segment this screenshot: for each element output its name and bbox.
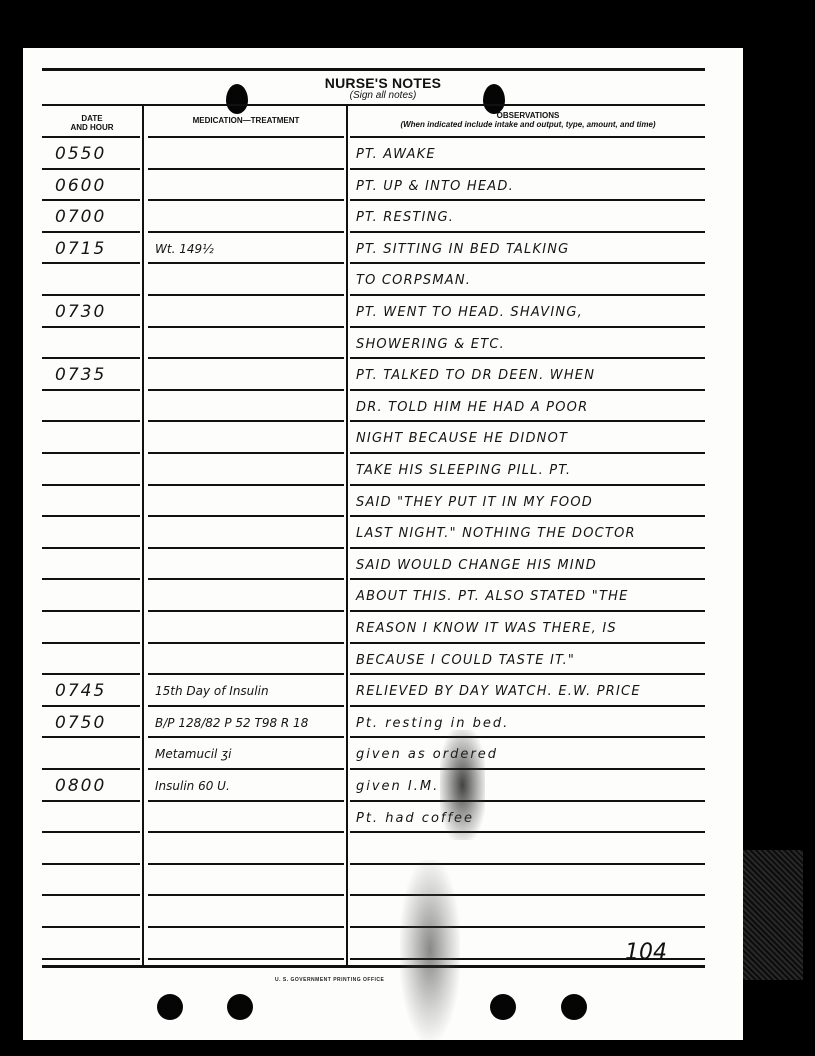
observation-cell: Pt. resting. [356,210,454,225]
form-page [23,48,743,1040]
row-rule [148,231,344,233]
row-rule [148,452,344,454]
row-rule [350,420,705,422]
observation-cell: given I.M. [356,779,439,794]
row-rule [148,768,344,770]
row-rule [350,294,705,296]
medication-cell: 15th Day of Insulin [155,684,269,698]
row-rule [148,894,344,896]
date-hour-cell: 0550 [55,144,106,164]
row-rule [148,673,344,675]
page-number: 104 [625,940,667,965]
punch-hole [157,994,183,1020]
row-rule [42,642,140,644]
observation-cell: take his sleeping pill. Pt. [356,463,571,478]
row-rule [42,831,140,833]
observation-cell: showering & etc. [356,337,505,352]
row-rule [350,800,705,802]
row-rule [148,800,344,802]
row-rule [42,863,140,865]
row-rule [42,231,140,233]
row-rule [350,610,705,612]
row-rule [42,136,140,138]
observation-cell: last night." Nothing the doctor [356,526,636,541]
ink-smudge [440,730,485,840]
observation-cell: to corpsman. [356,273,471,288]
row-rule [148,705,344,707]
top-rule [42,68,705,71]
observations-header-title: OBSERVATIONS [348,111,708,120]
row-rule [42,894,140,896]
row-rule [148,484,344,486]
observation-cell: about this. Pt. also stated "The [356,589,629,604]
row-rule [42,357,140,359]
column-divider [142,104,144,967]
row-rule [148,326,344,328]
medication-cell: B/P 128/82 P 52 T98 R 18 [155,716,308,730]
row-rule [148,262,344,264]
row-rule [350,136,705,138]
scan-smudge [400,860,460,1040]
medication-cell: Metamucil ʒi [155,747,231,761]
column-divider [346,104,348,967]
row-rule [350,452,705,454]
row-rule [148,578,344,580]
printer-footer: U. S. GOVERNMENT PRINTING OFFICE [275,977,384,983]
observation-cell: Pt. sitting in bed talking [356,242,569,257]
row-rule [350,768,705,770]
row-rule [148,831,344,833]
row-rule [42,420,140,422]
row-rule [350,484,705,486]
observation-cell: Relieved by day watch. E.W. Price [356,684,641,699]
row-rule [148,736,344,738]
row-rule [350,357,705,359]
row-rule [42,199,140,201]
row-rule [148,389,344,391]
row-rule [350,642,705,644]
row-rule [42,673,140,675]
row-rule [42,736,140,738]
row-rule [148,515,344,517]
row-rule [148,642,344,644]
date-hour-cell: 0750 [55,713,106,733]
row-rule [148,420,344,422]
observation-cell: night because he didnot [356,431,568,446]
row-rule [42,578,140,580]
row-rule [42,168,140,170]
row-rule [42,768,140,770]
date-hour-cell: 0715 [55,239,106,259]
row-rule [350,736,705,738]
row-rule [42,610,140,612]
row-rule [350,705,705,707]
row-rule [42,262,140,264]
row-rule [42,547,140,549]
scan-edge-noise [743,850,803,980]
row-rule [148,136,344,138]
row-rule [42,958,140,960]
date-hour-cell: 0600 [55,176,106,196]
row-rule [42,452,140,454]
row-rule [350,831,705,833]
row-rule [148,863,344,865]
row-rule [148,547,344,549]
observations-header-note: (When indicated include intake and outpu… [348,120,708,129]
row-rule [148,294,344,296]
row-rule [350,326,705,328]
row-rule [350,231,705,233]
date-hour-cell: 0800 [55,776,106,796]
date-hour-cell: 0700 [55,207,106,227]
date-header-line1: DATE [42,114,142,123]
row-rule [350,673,705,675]
bottom-rule [42,965,705,968]
row-rule [350,262,705,264]
row-rule [42,294,140,296]
form-title: NURSE'S NOTES [23,75,743,91]
row-rule [350,168,705,170]
date-column-header: DATE AND HOUR [42,114,142,132]
row-rule [42,389,140,391]
date-hour-cell: 0745 [55,681,106,701]
row-rule [42,800,140,802]
row-rule [148,357,344,359]
observation-cell: Pt. went to head. Shaving, [356,305,583,320]
row-rule [148,926,344,928]
medication-cell: Wt. 149½ [155,242,214,256]
observations-column-header: OBSERVATIONS (When indicated include int… [348,111,708,129]
observation-cell: Dr. told him he had a poor [356,400,588,415]
medication-cell: Insulin 60 U. [155,779,230,793]
row-rule [42,926,140,928]
observation-cell: said would change his mind [356,558,597,573]
observation-cell: reason I know it was there, is [356,621,617,636]
row-rule [350,547,705,549]
date-hour-cell: 0730 [55,302,106,322]
observation-cell: Pt. resting in bed. [356,716,509,731]
row-rule [350,389,705,391]
observation-cell: Pt. awake [356,147,436,162]
observation-cell: said "They put it in my food [356,495,593,510]
row-rule [148,168,344,170]
row-rule [350,515,705,517]
observation-cell: Pt. talked to Dr Deen. When [356,368,595,383]
observation-cell: because I could taste it." [356,653,575,668]
row-rule [148,958,344,960]
form-subtitle: (Sign all notes) [23,90,743,101]
medication-column-header: MEDICATION—TREATMENT [146,116,346,125]
row-rule [42,705,140,707]
observation-cell: Pt. up & into head. [356,179,514,194]
punch-hole [226,84,248,114]
row-rule [42,484,140,486]
row-rule [350,199,705,201]
punch-hole [483,84,505,114]
row-rule [42,326,140,328]
row-rule [350,578,705,580]
row-rule [148,199,344,201]
row-rule [42,515,140,517]
punch-hole [490,994,516,1020]
date-hour-cell: 0735 [55,365,106,385]
punch-hole [227,994,253,1020]
punch-hole [561,994,587,1020]
date-header-line2: AND HOUR [42,123,142,132]
row-rule [148,610,344,612]
